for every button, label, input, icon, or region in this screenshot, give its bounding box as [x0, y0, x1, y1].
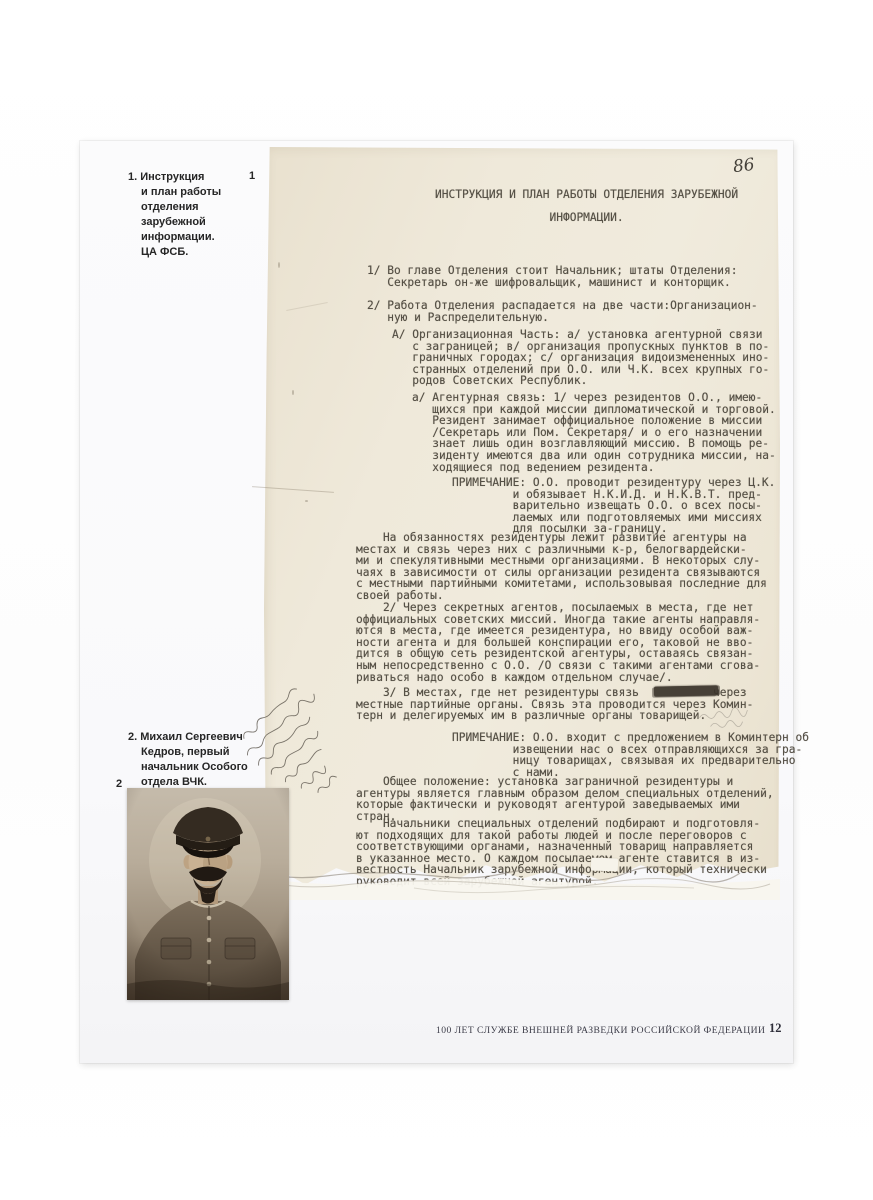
document-paragraph-2: 2/ Работа Отделения распадается на две ч… — [367, 300, 758, 323]
photographed-book-page: 1. Инструкция и план работы отделения за… — [0, 0, 873, 1200]
document-paragraph-1: 1/ Во главе Отделения стоит Начальник; ш… — [367, 265, 737, 288]
document-subsection-agentura: а/ Агентурная связь: 1/ через резидентов… — [412, 392, 776, 473]
page-number: 12 — [769, 1021, 782, 1036]
torn-edge-shadow — [264, 856, 780, 900]
document-note-1: ПРИМЕЧАНИЕ: О.О. проводит резидентуру че… — [452, 477, 775, 535]
document-paragraph-general: Общее положение: установка заграничной р… — [356, 776, 774, 822]
kedrov-portrait-photo — [127, 788, 289, 1000]
paper-speck — [292, 390, 294, 395]
figure2-number: 2 — [116, 778, 122, 790]
document-paragraph-residency: На обязанностях резидентуры лежит развит… — [356, 532, 767, 602]
figure1-caption: 1. Инструкция и план работы отделения за… — [128, 170, 259, 260]
document-note-2: ПРИМЕЧАНИЕ: О.О. входит с предложением в… — [452, 732, 809, 778]
figure1-number: 1 — [249, 170, 255, 182]
margin-note-small — [696, 704, 768, 732]
paper-speck — [305, 500, 308, 502]
paper-speck — [278, 262, 280, 268]
strikeout-redaction — [654, 685, 718, 696]
document-paragraph-secret-agents: 2/ Через секретных агентов, посылаемых в… — [356, 602, 760, 683]
handwritten-page-number: 86 — [732, 155, 756, 177]
running-footer: 100 ЛЕТ СЛУЖБЕ ВНЕШНЕЙ РАЗВЕДКИ РОССИЙСК… — [436, 1025, 765, 1036]
document-section-a: А/ Организационная Часть: а/ установка а… — [392, 329, 769, 387]
document-title: ИНСТРУКЦИЯ И ПЛАН РАБОТЫ ОТДЕЛЕНИЯ ЗАРУБ… — [435, 189, 738, 224]
